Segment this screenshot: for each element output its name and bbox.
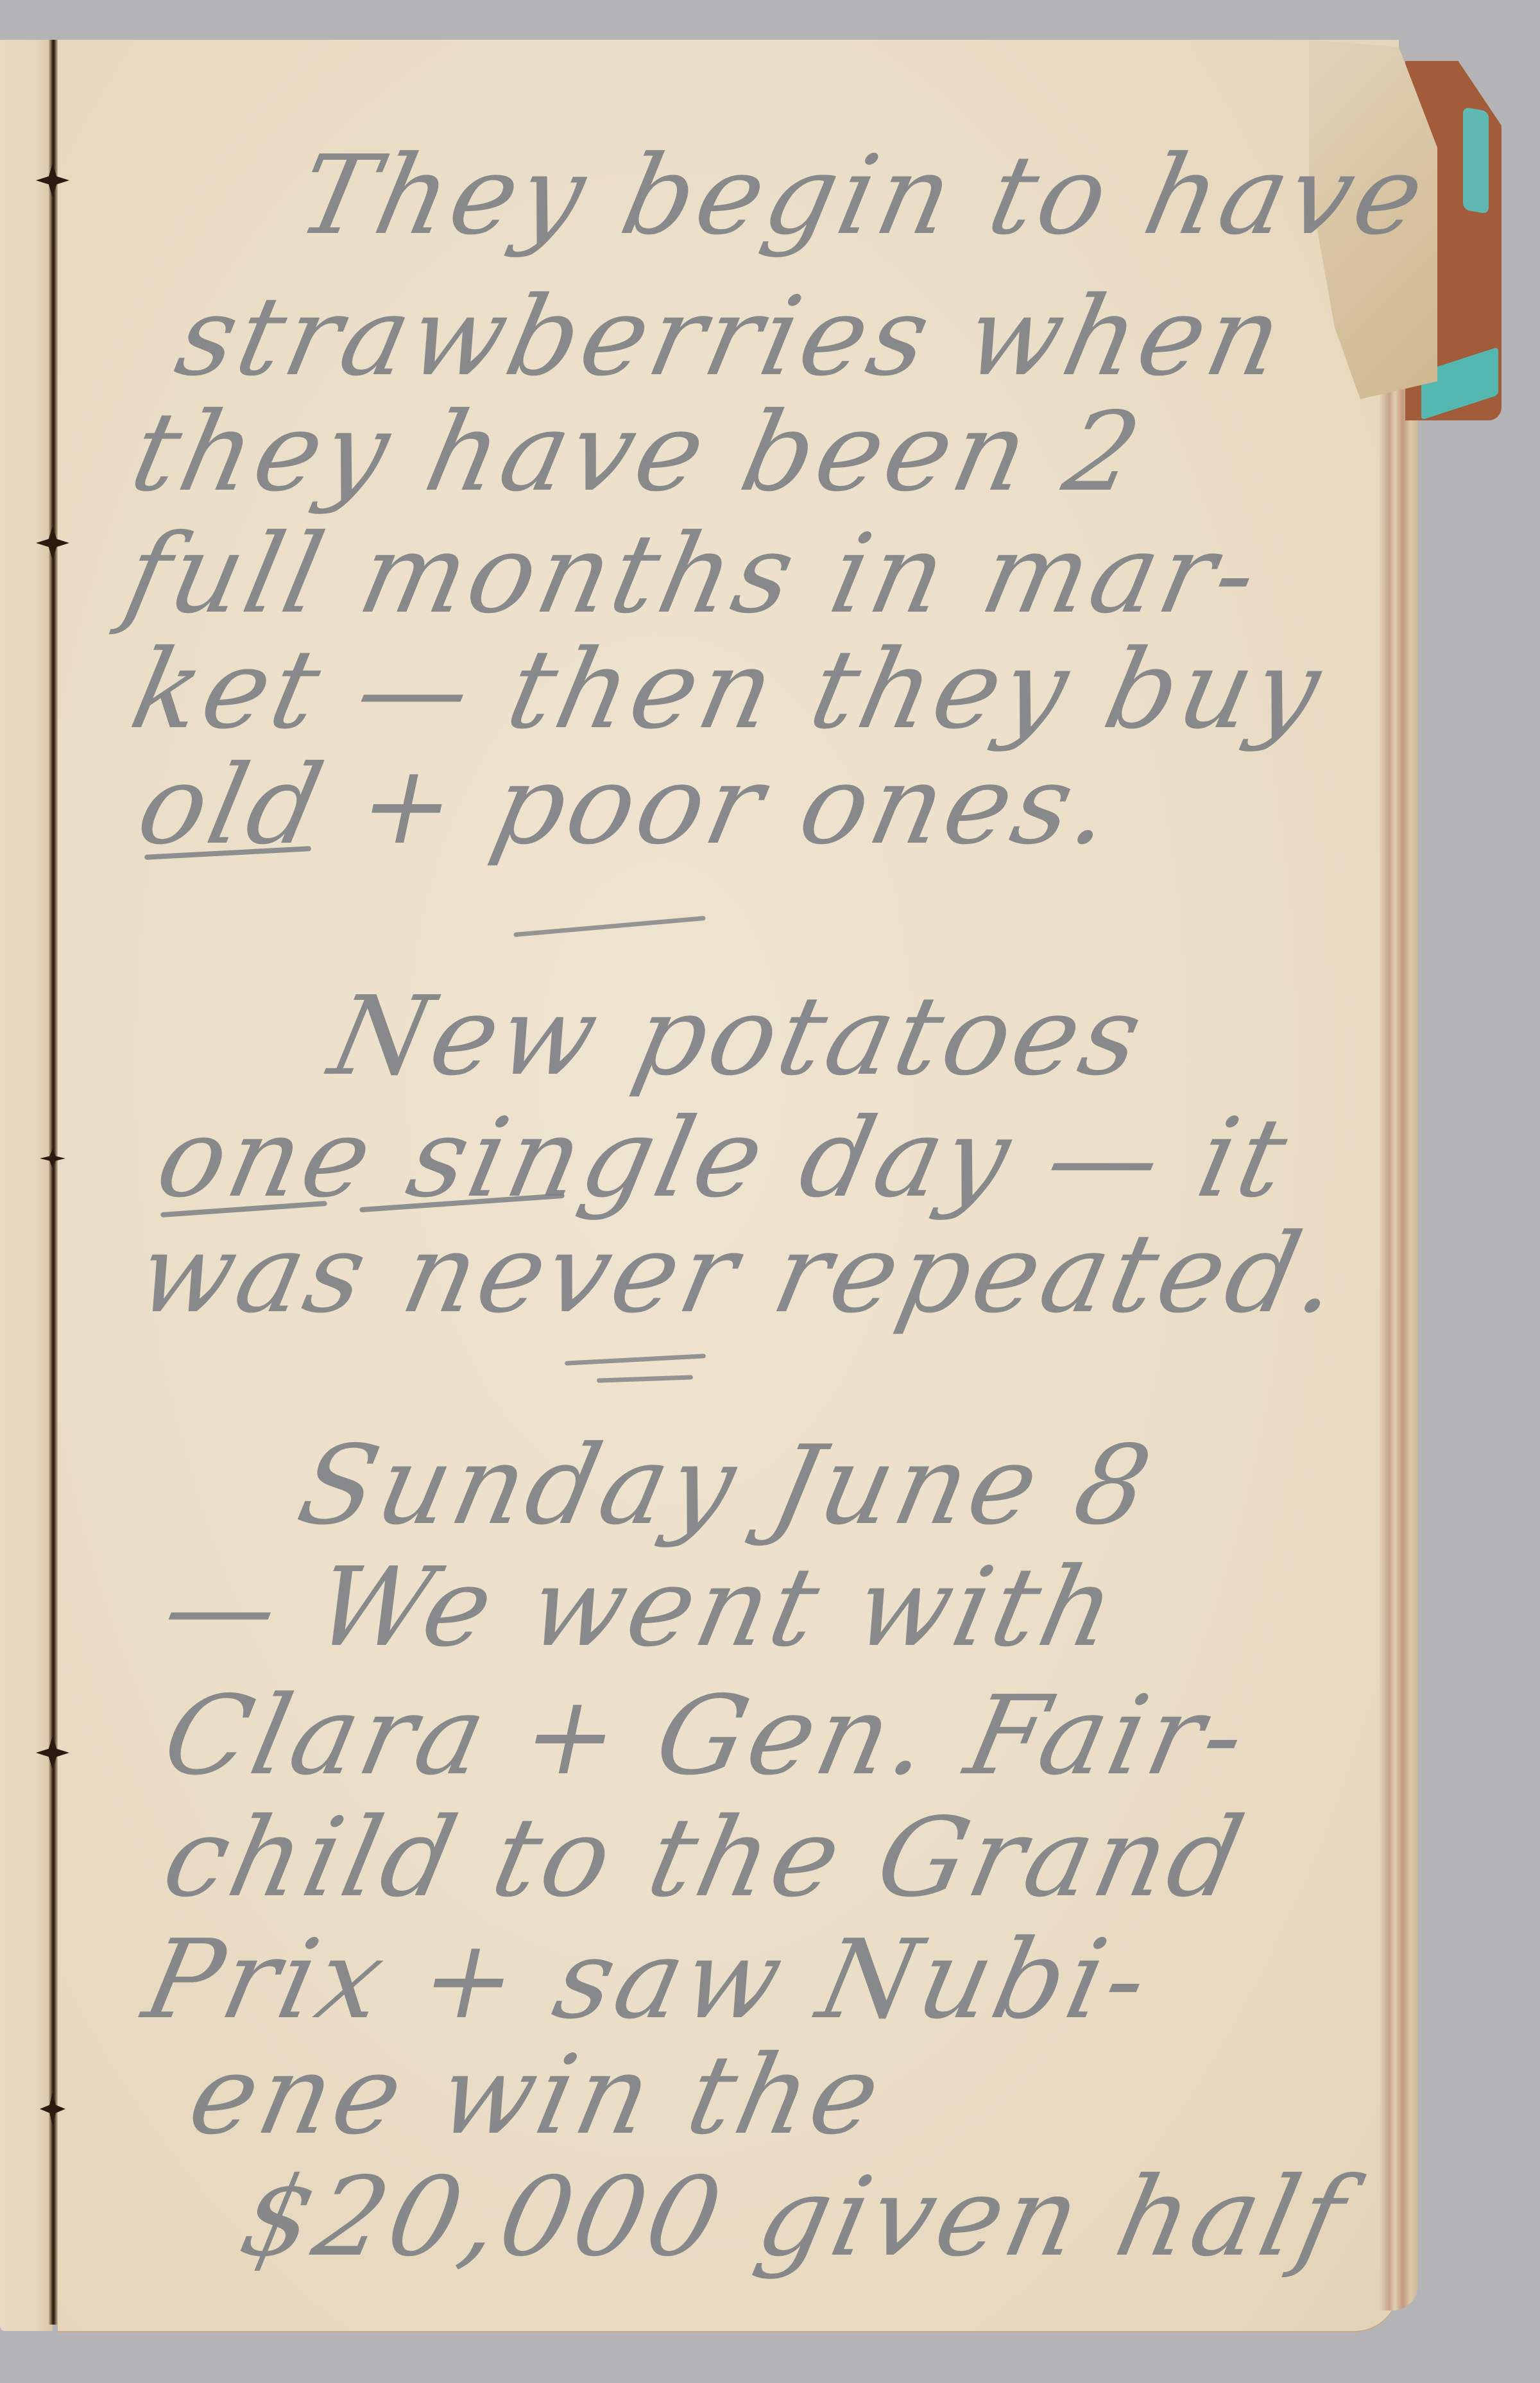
handwritten-line: ene win the	[181, 2041, 893, 2150]
decorative-stroke	[513, 916, 705, 937]
handwritten-line: one single day — it	[149, 1104, 1299, 1213]
handwritten-line: They begin to have	[290, 141, 1436, 250]
handwritten-line: child to the Grand	[155, 1803, 1255, 1913]
handwritten-line: New potatoes	[322, 982, 1154, 1091]
handwritten-line: old + poor ones.	[130, 751, 1125, 860]
handwritten-line: strawberries when	[168, 282, 1294, 391]
handwritten-line: ket — then they buy	[123, 635, 1333, 744]
handwritten-line: Prix + saw Nubi-	[136, 1925, 1160, 2035]
notebook-scan: They begin to have strawberries when the…	[0, 0, 1540, 2383]
section-divider	[565, 1354, 706, 1366]
diary-date: Sunday June 8	[290, 1431, 1163, 1540]
handwritten-line: $20,000 given half	[232, 2163, 1357, 2272]
handwritten-line: they have been 2	[123, 398, 1152, 507]
section-divider	[597, 1375, 693, 1382]
handwritten-line: — We went with	[155, 1553, 1127, 1662]
handwritten-line: was never repeated.	[130, 1219, 1352, 1329]
handwritten-text: They begin to have strawberries when the…	[0, 0, 1540, 2383]
handwritten-line: full months in mar-	[117, 520, 1270, 629]
handwritten-line: Clara + Gen. Fair-	[155, 1682, 1258, 1791]
